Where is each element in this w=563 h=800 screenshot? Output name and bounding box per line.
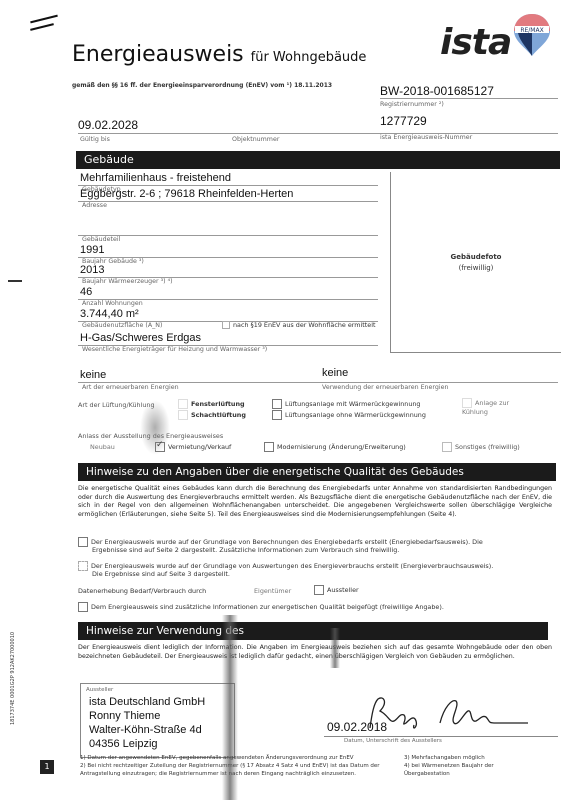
checkbox-additional-info[interactable]: Dem Energieausweis sind zusätzliche Info… (78, 602, 444, 612)
checkbox-cooling[interactable]: Anlage zur Kühlung (462, 398, 532, 416)
section-usage-header: Hinweise zur Verwendung des Energieauswe… (78, 622, 332, 640)
quality-paragraph: Die energetische Qualität eines Gebäudes… (78, 485, 552, 519)
title-sub: für Wohngebäude (251, 50, 367, 65)
checkbox-ventilation-without-recovery[interactable]: Lüftungsanlage ohne Wärmerückgewinnung (272, 410, 426, 420)
building-field-label: Baujahr Wärmeerzeuger ³) ⁴) (82, 278, 173, 285)
remax-balloon-icon: RE/MAX (512, 12, 552, 58)
building-field-value: 2013 (80, 264, 104, 276)
ista-logo: ista (440, 22, 511, 63)
issuer-street: Walter-Köhn-Straße 4d (89, 724, 202, 736)
margin-code: 1817374E 0001G2P 912AK27000010 (10, 632, 16, 725)
registration-number: BW-2018-001685127 (380, 84, 494, 98)
building-field-label: Gebäudenutzfläche (A_N) (82, 322, 162, 329)
usage-paragraph: Der Energieausweis dient lediglich der I… (78, 644, 552, 661)
renewable-use-label: Verwendung der erneuerbaren Energien (322, 384, 449, 391)
section-quality-header: Hinweise zu den Angaben über die energet… (78, 463, 556, 481)
signature (360, 693, 530, 733)
title-main: Energieausweis (72, 42, 244, 67)
building-field-value: H-Gas/Schweres Erdgas (80, 332, 201, 344)
building-field-label: Gebäudeteil (82, 236, 120, 243)
page-number: 1 (40, 760, 54, 774)
photo-label: Gebäudefoto (391, 252, 561, 263)
building-field-label: Adresse (82, 202, 107, 209)
building-field-value: 46 (80, 286, 92, 298)
ink-smudge (140, 400, 170, 455)
checkbox-window-ventilation[interactable]: Fensterlüftung (178, 399, 245, 409)
valid-until: 09.02.2028 (78, 118, 138, 132)
law-reference: gemäß den §§ 16 ff. der Energieeinsparve… (72, 82, 332, 89)
building-field-label: Anzahl Wohnungen (82, 300, 143, 307)
building-field-value: 1991 (80, 244, 104, 256)
ista-number: 1277729 (380, 114, 427, 128)
renewable-type-label: Art der erneuerbaren Energien (82, 384, 179, 391)
document-title: Energieausweis für Wohngebäude (72, 42, 366, 67)
scan-streak-small (330, 628, 340, 668)
margin-mark (8, 280, 22, 282)
issuer-label: Aussteller (86, 687, 113, 693)
issuer-person: Ronny Thieme (89, 710, 160, 722)
data-collection-label: Datenerhebung Bedarf/Verbrauch durch (78, 587, 206, 595)
checkbox-shaft-ventilation[interactable]: Schachtlüftung (178, 410, 246, 420)
checkbox-other[interactable]: Sonstiges (freiwillig) (442, 442, 520, 452)
demand-certificate-text-2: Ergebnisse sind auf Seite 2 dargestellt.… (92, 546, 399, 554)
date-signature-label: Datum, Unterschrift des Ausstellers (344, 738, 442, 744)
registration-label: Registriernummer ²) (380, 101, 444, 108)
issuer-box: Aussteller ista Deutschland GmbH Ronny T… (80, 683, 235, 758)
building-field-label: Wesentliche Energieträger für Heizung un… (82, 346, 267, 353)
checkbox-data-issuer[interactable]: Aussteller (314, 585, 359, 595)
issuer-company: ista Deutschland GmbH (89, 696, 205, 708)
checkbox-data-owner[interactable]: Eigentümer (254, 587, 291, 595)
footnotes-right: 3) Mehrfachangaben möglich 4) bei Wärmen… (404, 754, 494, 778)
valid-until-label: Gültig bis (80, 136, 110, 143)
svg-text:RE/MAX: RE/MAX (520, 27, 543, 34)
checkbox-new-build[interactable]: Neubau (90, 443, 115, 451)
building-field-value: 3.744,40 m² (80, 308, 139, 320)
photo-optional-label: (freiwillig) (391, 263, 561, 274)
renewable-type-value: keine (80, 369, 106, 381)
area-note: nach §19 EnEV aus der Wohnfläche ermitte… (222, 321, 376, 329)
building-field-value: Eggbergstr. 2-6 ; 79618 Rheinfelden-Hert… (80, 188, 293, 200)
section-building-header: Gebäude (76, 151, 560, 169)
ista-number-label: ista Energieausweis-Nummer (380, 134, 472, 141)
building-field-value: Mehrfamilienhaus - freistehend (80, 172, 231, 184)
checkbox-ventilation-with-recovery[interactable]: Lüftungsanlage mit Wärmerückgewinnung (272, 399, 420, 409)
object-number-label: Objektnummer (232, 136, 279, 143)
building-photo-box: Gebäudefoto (freiwillig) (390, 172, 561, 353)
consumption-certificate-text-2: Die Ergebnisse sind auf Seite 3 dargeste… (92, 570, 230, 578)
scan-streak (222, 615, 238, 800)
issuer-city: 04356 Leipzig (89, 738, 158, 750)
checkbox-modernisation[interactable]: Modernisierung (Änderung/Erweiterung) (264, 442, 406, 452)
renewable-use-value: keine (322, 367, 348, 379)
pen-marks (30, 18, 58, 32)
